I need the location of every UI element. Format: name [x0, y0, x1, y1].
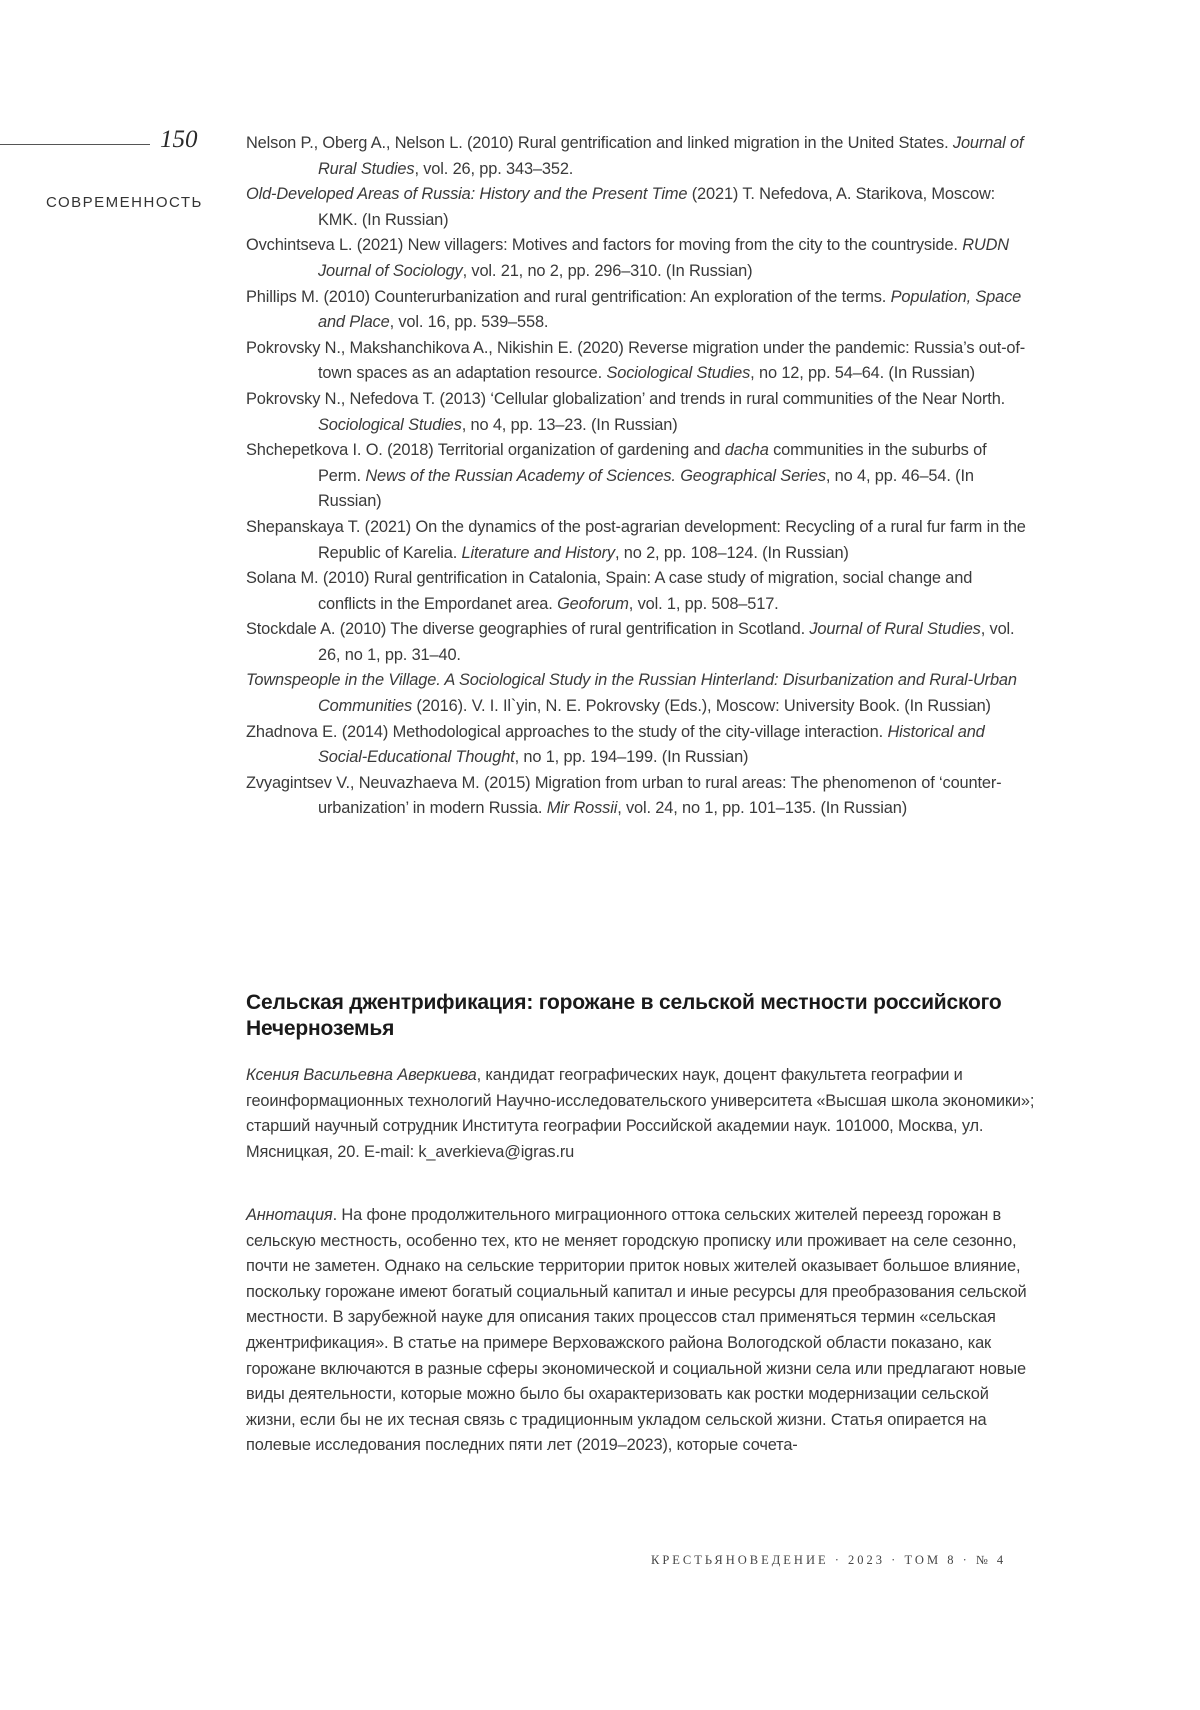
reference-item: Zhadnova E. (2014) Methodological approa… [246, 720, 1026, 771]
reference-item: Shepanskaya T. (2021) On the dynamics of… [246, 515, 1026, 566]
reference-title: Literature and History [462, 544, 615, 562]
header-rule [0, 144, 150, 145]
reference-item: Stockdale A. (2010) The diverse geograph… [246, 617, 1026, 668]
page-number: 150 [160, 126, 198, 154]
reference-text: , vol. 24, no 1, pp. 101–135. (In Russia… [617, 799, 907, 817]
reference-title: Mir Rossii [547, 799, 617, 817]
reference-item: Nelson P., Oberg A., Nelson L. (2010) Ru… [246, 131, 1026, 182]
reference-title: Journal of Rural Studies [809, 620, 980, 638]
reference-list: Nelson P., Oberg A., Nelson L. (2010) Ru… [246, 131, 1026, 822]
reference-item: Shchepetkova I. O. (2018) Territorial or… [246, 438, 1026, 515]
reference-title: Sociological Studies [318, 416, 462, 434]
reference-text: Ovchintseva L. (2021) New villagers: Mot… [246, 236, 962, 254]
reference-item: Ovchintseva L. (2021) New villagers: Mot… [246, 233, 1026, 284]
author-block: Ксения Васильевна Аверкиева, кандидат ге… [246, 1063, 1036, 1165]
reference-title: Geoforum [557, 595, 629, 613]
abstract-text: . На фоне продолжительного миграционного… [246, 1206, 1027, 1454]
reference-item: Pokrovsky N., Nefedova T. (2013) ‘Cellul… [246, 387, 1026, 438]
reference-item: Pokrovsky N., Makshanchikova A., Nikishi… [246, 336, 1026, 387]
abstract: Аннотация. На фоне продолжительного мигр… [246, 1203, 1036, 1459]
article-title: Сельская джентрификация: горожане в сель… [246, 990, 1036, 1042]
reference-text: Shchepetkova I. O. (2018) Territorial or… [246, 441, 725, 459]
reference-text: Zhadnova E. (2014) Methodological approa… [246, 723, 887, 741]
reference-title: Old-Developed Areas of Russia: History a… [246, 185, 687, 203]
reference-text: , vol. 26, pp. 343–352. [414, 160, 573, 178]
reference-item: Old-Developed Areas of Russia: History a… [246, 182, 1026, 233]
reference-text: Stockdale A. (2010) The diverse geograph… [246, 620, 809, 638]
reference-item: Solana M. (2010) Rural gentrification in… [246, 566, 1026, 617]
reference-text: , vol. 21, no 2, pp. 296–310. (In Russia… [463, 262, 753, 280]
reference-title: News of the Russian Academy of Sciences.… [365, 467, 826, 485]
reference-text: , no 2, pp. 108–124. (In Russian) [615, 544, 849, 562]
reference-title: Sociological Studies [606, 364, 750, 382]
reference-text: Nelson P., Oberg A., Nelson L. (2010) Ru… [246, 134, 953, 152]
journal-footer: КРЕСТЬЯНОВЕДЕНИЕ · 2023 · ТОМ 8 · № 4 [651, 1553, 1006, 1568]
reference-item: Townspeople in the Village. A Sociologic… [246, 668, 1026, 719]
author-name: Ксения Васильевна Аверкиева [246, 1066, 477, 1084]
reference-text: Phillips M. (2010) Counterurbanization a… [246, 288, 891, 306]
reference-text: Pokrovsky N., Nefedova T. (2013) ‘Cellul… [246, 390, 1005, 408]
reference-text: , vol. 16, pp. 539–558. [390, 313, 549, 331]
reference-item: Phillips M. (2010) Counterurbanization a… [246, 285, 1026, 336]
abstract-label: Аннотация [246, 1206, 333, 1224]
section-label: СОВРЕМЕННОСТЬ [46, 194, 203, 211]
reference-item: Zvyagintsev V., Neuvazhaeva M. (2015) Mi… [246, 771, 1026, 822]
reference-text: , no 1, pp. 194–199. (In Russian) [515, 748, 749, 766]
reference-title: dacha [725, 441, 769, 459]
reference-text: , no 12, pp. 54–64. (In Russian) [750, 364, 975, 382]
reference-text: (2016). V. I. Il`yin, N. E. Pokrovsky (E… [412, 697, 991, 715]
reference-text: , vol. 1, pp. 508–517. [629, 595, 779, 613]
reference-text: , no 4, pp. 13–23. (In Russian) [462, 416, 678, 434]
